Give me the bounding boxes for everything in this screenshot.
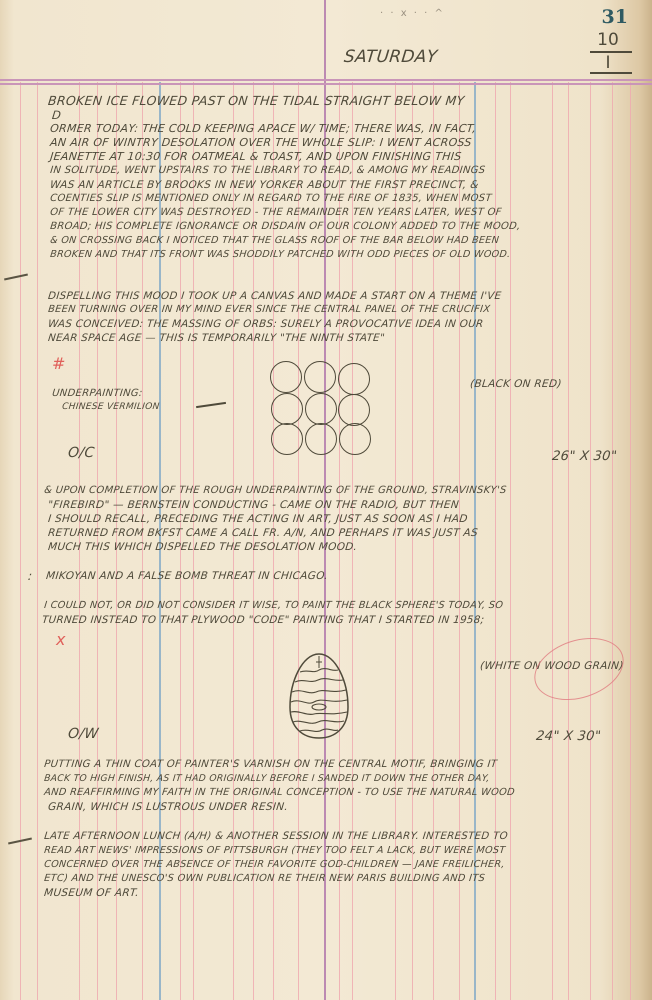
- text-line: DISPELLING THIS MOOD I TOOK UP A CANVAS …: [47, 289, 502, 304]
- text-line: & ON CROSSING BACK I NOTICED THAT THE GL…: [49, 234, 500, 249]
- pencil-marks: · · x · · ^: [380, 8, 445, 19]
- margin-arrow-icon: [4, 274, 28, 281]
- text-line: D: [51, 108, 62, 123]
- underpainting-color: CHINESE VERMILION: [61, 400, 160, 415]
- size-label: 24" x 30": [535, 730, 601, 745]
- text-line: PUTTING A THIN COAT OF PAINTER'S VARNISH…: [43, 758, 498, 773]
- text-line: TURNED INSTEAD TO THAT PLYWOOD "CODE" PA…: [41, 613, 485, 628]
- orb-grid: [270, 361, 380, 461]
- text-line: JEANETTE AT 10:30 FOR OATMEAL & TOAST, A…: [49, 150, 462, 165]
- orb-icon: [305, 393, 337, 425]
- text-line: LATE AFTERNOON LUNCH (A/H) & ANOTHER SES…: [43, 830, 508, 845]
- text-line: BROAD; HIS COMPLETE IGNORANCE OR DISDAIN…: [49, 220, 521, 235]
- text-line: MUCH THIS WHICH DISPELLED THE DESOLATION…: [47, 540, 358, 555]
- text-line: "FIREBIRD" — BERNSTEIN CONDUCTING - CAME…: [47, 498, 459, 513]
- text-line: AND REAFFIRMING MY FAITH IN THE ORIGINAL…: [43, 786, 515, 801]
- text-line: MIKOYAN AND A FALSE BOMB THREAT IN CHICA…: [45, 569, 328, 584]
- text-line: RETURNED FROM BKFST CAME A CALL FR. A/N,…: [47, 526, 478, 541]
- text-line: BACK TO HIGH FINISH, AS IT HAD ORIGINALL…: [43, 772, 490, 787]
- red-circle-annotation: [526, 627, 631, 711]
- red-x-mark: x: [56, 630, 65, 649]
- orb-icon: [270, 361, 302, 393]
- orb-icon: [304, 361, 336, 393]
- medium-label: O/C: [67, 446, 95, 461]
- page-number: 31: [602, 6, 628, 28]
- orb-icon: [271, 423, 303, 455]
- text-line: & UPON COMPLETION OF THE ROUGH UNDERPAIN…: [43, 484, 507, 499]
- text-line: ORMER TODAY: THE COLD KEEPING APACE W/ T…: [49, 122, 477, 137]
- orb-icon: [338, 363, 370, 395]
- text-line: IN SOLITUDE, WENT UPSTAIRS TO THE LIBRAR…: [49, 164, 486, 179]
- day-label: SATURDAY: [343, 50, 438, 65]
- margin-colon: :: [27, 569, 33, 584]
- date-fraction-bottom: I: [588, 53, 628, 73]
- text-line: COENTIES SLIP IS MENTIONED ONLY IN REGAR…: [49, 192, 492, 207]
- text-line: WAS CONCEIVED: THE MASSING OF ORBS: SURE…: [47, 317, 484, 332]
- text-line: I COULD NOT, OR DID NOT CONSIDER IT WISE…: [43, 599, 504, 614]
- text-line: CONCERNED OVER THE ABSENCE OF THEIR FAVO…: [43, 858, 505, 873]
- bracket-line: [196, 402, 226, 408]
- color-note: (BLACK ON RED): [469, 377, 562, 392]
- medium-label: O/W: [67, 727, 99, 742]
- text-line: OF THE LOWER CITY WAS DESTROYED - THE RE…: [49, 206, 502, 221]
- text-line: BROKEN ICE FLOWED PAST ON THE TIDAL STRA…: [47, 94, 465, 109]
- text-line: BEEN TURNING OVER IN MY MIND EVER SINCE …: [47, 303, 491, 318]
- text-line: MUSEUM OF ART.: [43, 886, 139, 901]
- orb-icon: [305, 423, 337, 455]
- text-line: NEAR SPACE AGE — THIS IS TEMPORARILY "TH…: [47, 331, 385, 346]
- wood-grain-egg-drawing: [288, 652, 350, 740]
- header-rule: [0, 83, 652, 85]
- orb-icon: [339, 423, 371, 455]
- header-rule: [0, 79, 652, 81]
- fraction-rule: [590, 72, 632, 74]
- text-line: BROKEN AND THAT ITS FRONT WAS SHODDILY P…: [49, 248, 511, 263]
- journal-page: · · x · · ^ SATURDAY 31 10 I BROKEN ICE …: [0, 0, 652, 1000]
- orb-icon: [271, 393, 303, 425]
- text-line: WAS AN ARTICLE BY BROOKS IN NEW YORKER A…: [49, 178, 479, 193]
- text-line: I SHOULD RECALL, PRECEDING THE ACTING IN…: [47, 512, 468, 527]
- orb-icon: [338, 394, 370, 426]
- text-line: ETC) AND THE UNESCO'S OWN PUBLICATION RE…: [43, 872, 485, 887]
- date-fraction-top: 10: [588, 30, 628, 50]
- text-line: READ ART NEWS' IMPRESSIONS OF PITTSBURGH…: [43, 844, 506, 859]
- text-line: AN AIR OF WINTRY DESOLATION OVER THE WHO…: [49, 136, 472, 151]
- red-hash-mark: #: [52, 354, 65, 373]
- text-line: GRAIN, WHICH IS LUSTROUS UNDER RESIN.: [47, 800, 289, 815]
- size-label: 26" x 30": [551, 450, 617, 465]
